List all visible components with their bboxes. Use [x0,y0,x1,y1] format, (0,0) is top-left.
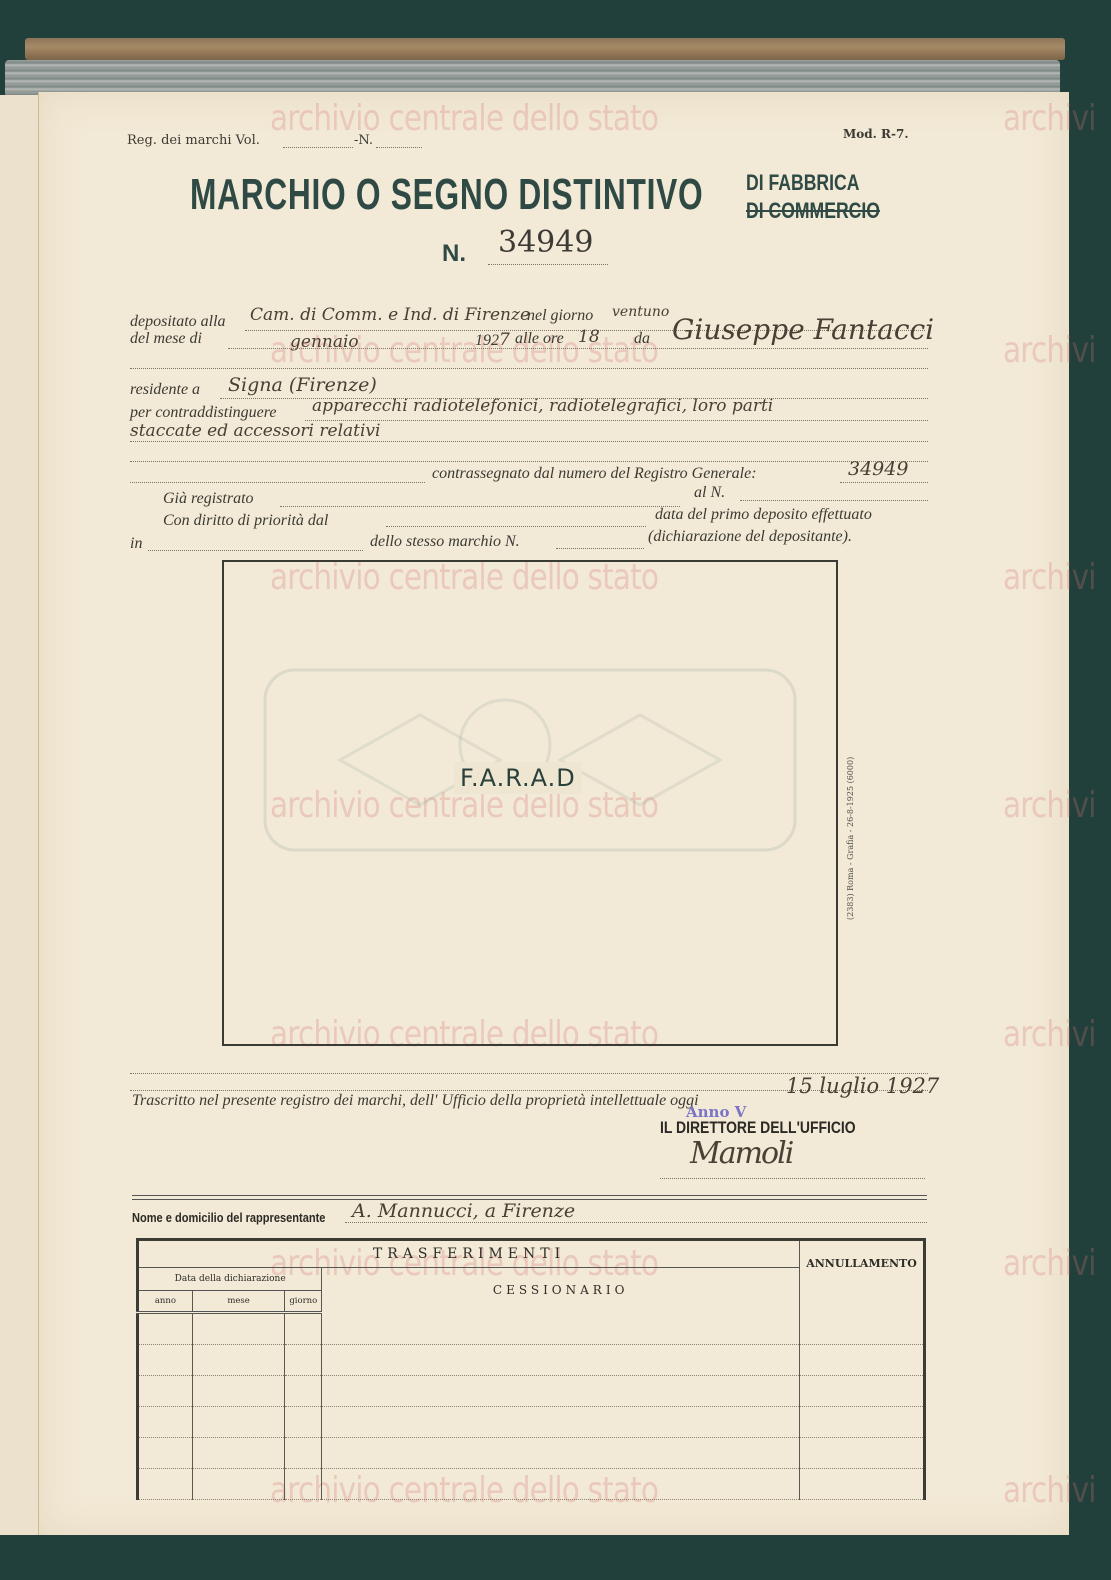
model-code: Mod. R-7. [843,127,909,141]
cell-cessionario [322,1345,800,1376]
signature-line [660,1178,925,1179]
register-general-value: 34949 [848,458,908,480]
mark-number-value: 34949 [498,225,593,260]
blank-line [130,368,928,369]
already-registered-n-label: al N. [694,484,725,502]
cell-mese [192,1438,285,1469]
deposited-value: Cam. di Comm. e Ind. di Firenze [250,305,530,325]
cell-annullamento [800,1469,925,1500]
cell-cessionario [322,1376,800,1407]
cell-cessionario [322,1407,800,1438]
register-number-label: -N. [354,133,373,148]
trademark-label: F.A.R.A.D [454,762,582,794]
date-group-header: Data della dichiarazione [138,1268,322,1291]
book-binding-top [25,38,1065,60]
transfers-header: TRASFERIMENTI [138,1240,800,1268]
same-mark-field [556,548,644,549]
representative-field [345,1222,927,1223]
mark-number-label: N. [442,240,466,268]
mark-number-field [488,264,608,265]
representative-value: A. Mannucci, a Firenze [352,1200,575,1222]
type-fabbrica: DI FABBRICA [746,170,859,196]
cell-anno [138,1313,193,1345]
cell-annullamento [800,1376,925,1407]
in-field [148,550,363,551]
already-registered-n-field [740,500,928,501]
page-title: MARCHIO O SEGNO DISTINTIVO [190,170,703,220]
declaration-label: (dichiarazione del depositante). [648,528,852,546]
register-general-field [840,482,928,483]
table-row [138,1313,925,1345]
cell-mese [192,1407,285,1438]
table-row [138,1376,925,1407]
cell-annullamento [800,1313,925,1345]
purpose-field-2 [130,441,928,442]
cell-giorno [285,1313,322,1345]
purpose-field [305,420,928,421]
representative-label: Nome e domicilio del rappresentante [132,1210,325,1225]
year-column-header: anno [138,1291,193,1313]
hour-value: 18 [578,327,600,347]
cell-annullamento [800,1438,925,1469]
cell-giorno [285,1469,322,1500]
cell-mese [192,1376,285,1407]
cell-giorno [285,1407,322,1438]
cell-annullamento [800,1345,925,1376]
month-value: gennaio [290,332,359,352]
cell-anno [138,1345,193,1376]
cell-cessionario [322,1438,800,1469]
cell-anno [138,1407,193,1438]
cell-giorno [285,1345,322,1376]
already-registered-field [280,506,680,507]
table-row [138,1345,925,1376]
month-label: del mese di [130,330,202,348]
purpose-line-1: apparecchi radiotelefonici, radiotelegra… [312,396,773,416]
table-row [138,1438,925,1469]
cell-annullamento [800,1407,925,1438]
type-commercio-struck: DI COMMERCIO [746,198,880,224]
table-row [138,1407,925,1438]
depositor-name: Giuseppe Fantacci [672,313,934,346]
cell-cessionario [322,1313,800,1345]
cell-anno [138,1469,193,1500]
table-row [138,1469,925,1500]
transfers-table: TRASFERIMENTI ANNULLAMENTO Data della di… [136,1238,926,1500]
director-signature: Mamoli [690,1136,792,1171]
faded-emblem-icon [260,665,800,855]
year-prefix: 192 [475,332,499,349]
purpose-label: per contraddistinguere [130,404,277,422]
assignee-header: CESSIONARIO [322,1268,800,1313]
priority-field [386,526,646,527]
day-value: ventuno [612,304,669,320]
cell-mese [192,1345,285,1376]
cell-anno [138,1438,193,1469]
already-registered-label: Già registrato [163,490,254,508]
annulment-header: ANNULLAMENTO [800,1240,925,1313]
cell-cessionario [322,1469,800,1500]
by-label: da [634,330,650,348]
cell-giorno [285,1376,322,1407]
residence-label: residente a [130,381,200,399]
day-label: nel giorno [527,307,593,325]
printer-note: (2383) Roma - Grafia - 26-8-1925 (6000) [846,690,856,920]
register-volume-field [283,147,353,148]
cell-giorno [285,1438,322,1469]
previous-page-edge [0,95,41,1535]
director-label: IL DIRETTORE DELL'UFFICIO [660,1118,856,1138]
day-column-header: giorno [285,1291,322,1313]
same-mark-label: dello stesso marchio N. [370,533,520,551]
cell-anno [138,1376,193,1407]
in-label: in [130,535,142,553]
blank-line [130,482,425,483]
blank-line [130,461,928,462]
month-field [228,348,928,349]
cell-mese [192,1313,285,1345]
transcription-label: Trascritto nel presente registro dei mar… [132,1092,699,1110]
residence-value: Signa (Firenze) [228,374,377,396]
purpose-line-2: staccate ed accessori relativi [130,421,380,441]
month-column-header: mese [192,1291,285,1313]
register-number-field [376,147,422,148]
cell-mese [192,1469,285,1500]
year-suffix: 7 [499,330,510,350]
hour-label: alle ore [515,330,564,348]
register-volume-label: Reg. dei marchi Vol. [127,133,260,148]
register-general-label: contrassegnato dal numero del Registro G… [432,465,757,483]
deposited-label: depositato alla [130,313,226,331]
priority-label: Con diritto di priorità dal [163,512,328,530]
transcription-date: 15 luglio 1927 [786,1074,939,1098]
first-deposit-label: data del primo deposito effettuato [655,506,872,524]
